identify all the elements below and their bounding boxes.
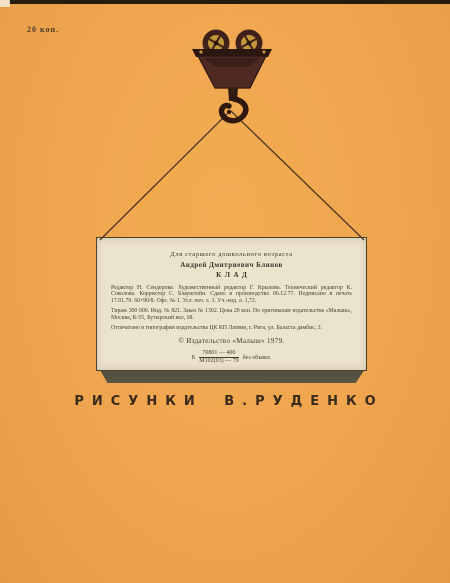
pulley-axle-bar xyxy=(192,49,272,57)
illustrator-credit: РИСУНКИ В.РУДЕНКО xyxy=(0,394,450,409)
author-name: Андрей Дмитриевич Блинов xyxy=(109,261,354,269)
imprint-paragraph: Тираж 300 000. Инд. № 821. Заказ № 1302.… xyxy=(111,308,352,321)
card-bottom-shadow xyxy=(98,371,365,383)
book-back-cover: 20 коп. Для старшего дошкольного возраст… xyxy=(0,0,450,583)
audience-line: Для старшего дошкольного возраста xyxy=(109,251,354,258)
cable-right xyxy=(231,111,364,240)
catalog-index-suffix: без объявл. xyxy=(243,355,272,361)
price-label: 20 коп. xyxy=(27,25,59,34)
colophon-card: Для старшего дошкольного возраста Андрей… xyxy=(96,237,367,371)
hook-shaft xyxy=(228,88,238,101)
housing-bolt-right xyxy=(262,50,265,53)
pulley-block xyxy=(192,30,272,121)
catalog-index-denominator: М102(03) — 79 xyxy=(199,357,238,366)
copyright-line: © Издательство «Малыш» 1979. xyxy=(109,337,354,345)
sheave-wheel-left xyxy=(203,30,230,57)
sheave-wheel-right xyxy=(236,30,263,57)
photo-top-edge xyxy=(9,0,450,4)
pulley-housing-shade xyxy=(203,58,261,67)
cable-left xyxy=(100,114,227,240)
imprint-paragraph: Отпечатано в типографии издательства ЦК … xyxy=(111,325,352,331)
catalog-index: Б 70801 — 400 М102(03) — 79 без объявл. xyxy=(109,350,354,366)
housing-bolt-left xyxy=(199,50,202,53)
catalog-index-prefix: Б xyxy=(192,355,195,361)
catalog-index-numerator: 70801 — 400 xyxy=(199,350,238,358)
crane-hook xyxy=(222,99,246,121)
photo-corner-highlight xyxy=(0,0,10,7)
imprint-paragraph: Редактор Н. Сендерова. Художественный ре… xyxy=(111,285,352,304)
hook-eye xyxy=(227,110,231,114)
pulley-housing xyxy=(198,56,266,88)
catalog-index-fraction: 70801 — 400 М102(03) — 79 xyxy=(199,350,238,366)
book-title: КЛАД xyxy=(109,271,354,279)
hanging-cables xyxy=(100,111,364,240)
